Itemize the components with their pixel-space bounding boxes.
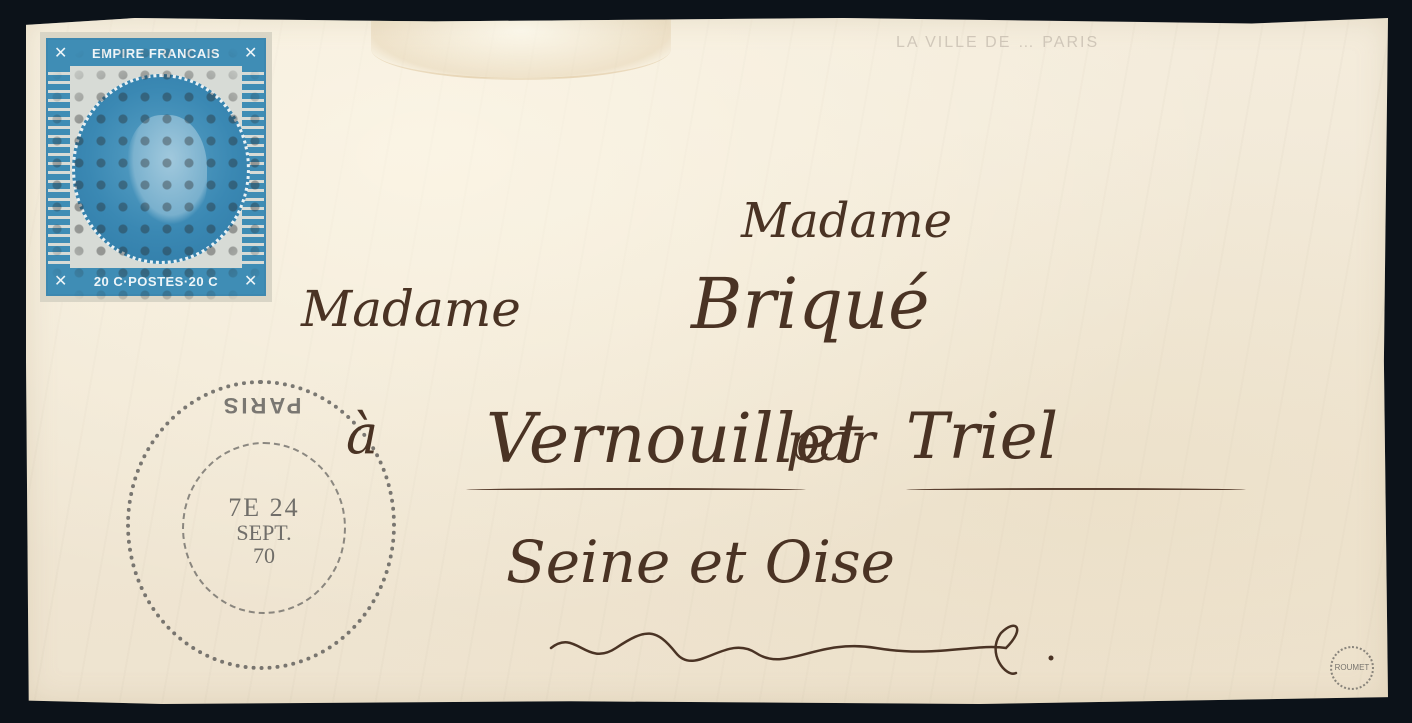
salutation-line: Madame [741,193,952,249]
envelope: LA VILLE DE … PARIS ✕ EMPIRE FRANCAIS ✕ … [26,18,1388,704]
stamp-bottom-band: ✕ 20 C·POSTES·20 C ✕ [48,268,264,294]
cross-icon: ✕ [240,42,262,64]
postmark-date: 7E 24 SEPT. 70 [184,494,344,567]
cross-icon: ✕ [50,42,72,64]
cross-icon: ✕ [50,270,72,292]
stamp-top-band: ✕ EMPIRE FRANCAIS ✕ [48,40,264,66]
address-via: par [786,413,875,473]
address-department: Seine et Oise [506,528,895,596]
ghost-header-text: LA VILLE DE … PARIS [896,34,1099,52]
postage-stamp: ✕ EMPIRE FRANCAIS ✕ ✕ 20 C·POSTES·20 C ✕ [40,32,272,302]
stamp-top-text: EMPIRE FRANCAIS [92,46,220,61]
stamp-value-text: 20 C·POSTES·20 C [94,274,218,289]
postmark-date-year: 70 [184,544,344,567]
postmark-inner-ring: 7E 24 SEPT. 70 [182,442,346,614]
stamp-frame: ✕ EMPIRE FRANCAIS ✕ ✕ 20 C·POSTES·20 C ✕ [46,38,266,296]
address-via-town: Triel [906,400,1058,474]
flourish-icon [546,618,1066,678]
cross-icon: ✕ [240,270,262,292]
addressee-title: Madame [301,280,521,338]
postmark-date-day: 7E 24 [184,494,344,521]
town-underline [466,488,806,492]
water-stain [371,18,671,80]
expert-signature-stamp: ROUMET [1330,646,1374,690]
addressee-name: Briqué [691,263,930,345]
via-town-underline [906,488,1246,492]
laureate-head-icon [127,115,207,225]
greek-key-border [48,66,70,268]
address-prefix: à [346,403,378,466]
stamp-medallion [72,74,250,264]
postmark-date-month: SEPT. [184,521,344,544]
